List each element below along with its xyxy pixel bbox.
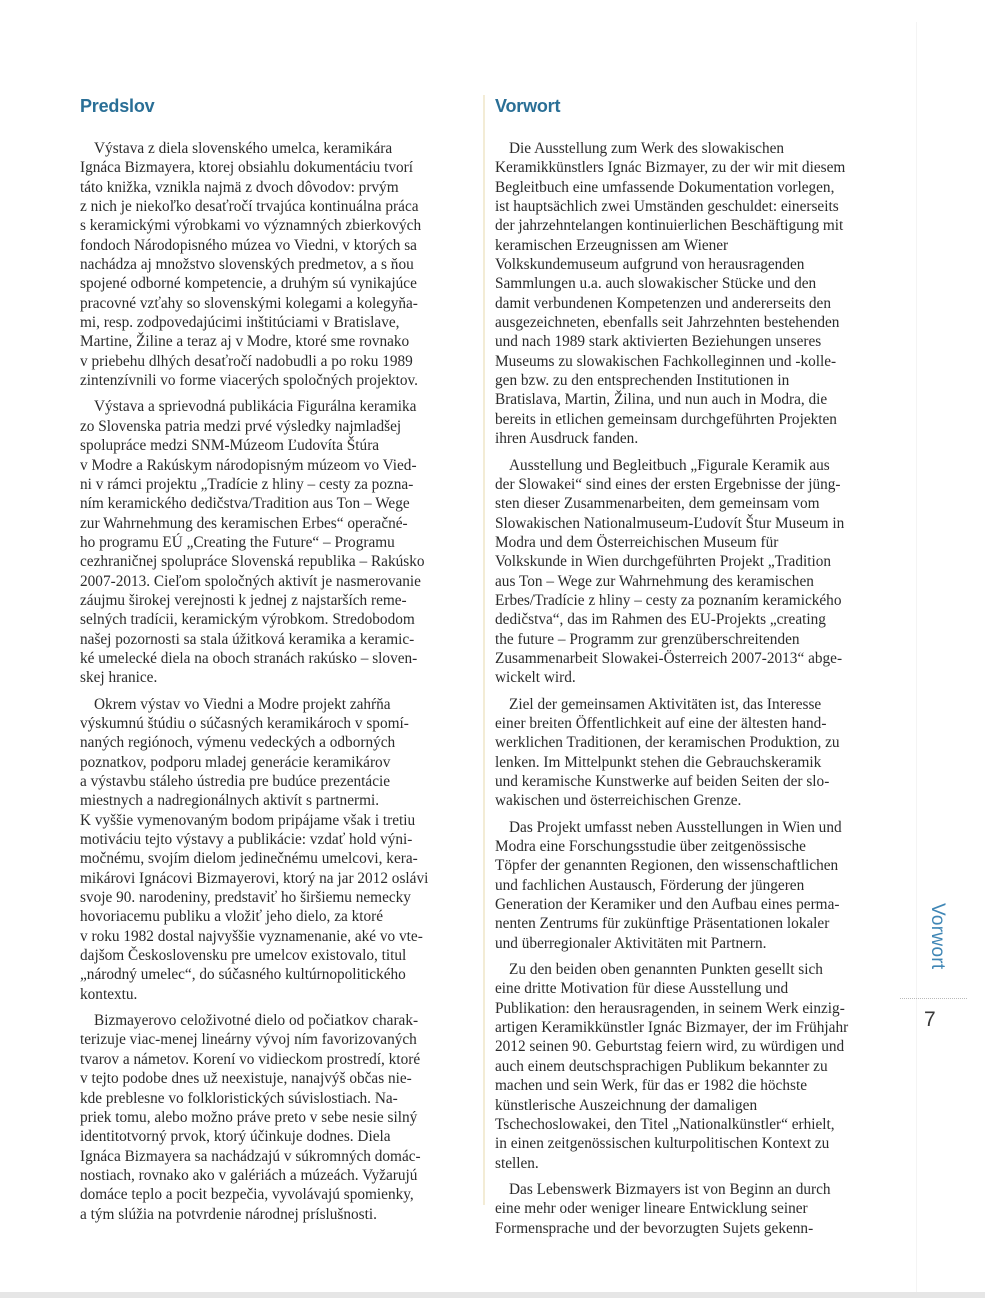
text-line: skej hranice.	[80, 668, 464, 687]
text-line: machen und sein Werk, für das er 1982 di…	[495, 1076, 885, 1095]
text-line: in einen zeitgenössischen kulturpolitisc…	[495, 1134, 885, 1153]
text-line: zintenzívnili vo forme viacerých spoločn…	[80, 371, 464, 390]
text-line: svoje 90. narodeniny, predstaviť ho širš…	[80, 888, 464, 907]
column-german: Vorwort Die Ausstellung zum Werk des slo…	[495, 95, 885, 1238]
paragraph: Das Projekt umfasst neben Ausstellungen …	[495, 818, 885, 953]
text-line: und keramische Kunstwerke auf beiden Sei…	[495, 772, 885, 791]
text-line: Tschechoslowakei, den Titel „Nationalkün…	[495, 1115, 885, 1134]
text-line: der jahrzehntelangen kontinuierlichen Be…	[495, 216, 885, 235]
text-line: Keramikkünstlers Ignác Bizmayer, zu der …	[495, 158, 885, 177]
text-line: zur Wahrnehmung des keramischen Erbes“ o…	[80, 514, 464, 533]
text-line: „národný umelec“, do súčasného kultúrnop…	[80, 965, 464, 984]
text-line: výskumnú štúdiu o súčasných keramikároch…	[80, 714, 464, 733]
text-line: keramischen Erzeugnissen am Wiener	[495, 236, 885, 255]
text-line: Zu den beiden oben genannten Punkten ges…	[495, 960, 885, 979]
text-line: auch einem deutschsprachigen Publikum be…	[495, 1057, 885, 1076]
paragraph: Výstava z diela slovenského umelca, kera…	[80, 139, 464, 390]
text-line: eine mehr oder weniger lineare Entwicklu…	[495, 1199, 885, 1218]
text-line: mikárovi Ignácovi Bizmayerovi, ktorý na …	[80, 869, 464, 888]
paragraph: Okrem výstav vo Viedni a Modre projekt z…	[80, 695, 464, 1005]
text-line: Modra eine Forschungsstudie über zeitgen…	[495, 837, 885, 856]
text-line: fondoch Národopisného múzea vo Viedni, v…	[80, 236, 464, 255]
body-text-slovak: Výstava z diela slovenského umelca, kera…	[80, 139, 464, 1224]
paragraph-gap	[495, 688, 885, 695]
text-line: ním keramického dedičstva/Tradition aus …	[80, 494, 464, 513]
dotted-rule	[900, 998, 967, 999]
scan-edge	[0, 1292, 985, 1298]
text-line: záujmu širokej verejnosti k jednej z naj…	[80, 591, 464, 610]
paragraph: Das Lebenswerk Bizmayers ist von Beginn …	[495, 1180, 885, 1238]
text-line: Martine, Žiline a teraz aj v Modre, ktor…	[80, 332, 464, 351]
paragraph: Ziel der gemeinsamen Aktivitäten ist, da…	[495, 695, 885, 811]
text-line: Výstava z diela slovenského umelca, kera…	[80, 139, 464, 158]
text-line: identitotvorný prvok, ktorý účinkuje dod…	[80, 1127, 464, 1146]
text-line: Slowakischen Nationalmuseum-Ľudovít Štur…	[495, 514, 885, 533]
text-line: Modra und dem Österreichischen Museum fü…	[495, 533, 885, 552]
paragraph: Zu den beiden oben genannten Punkten ges…	[495, 960, 885, 1173]
text-line: v priebehu dlhých desaťročí nadobudli a …	[80, 352, 464, 371]
text-line: Sammlungen u.a. auch slowakischer Stücke…	[495, 274, 885, 293]
text-line: spojené odborné kompetencie, a druhým sú…	[80, 274, 464, 293]
text-line: selných tradícii, keramickým výrobkom. S…	[80, 610, 464, 629]
text-line: ist hauptsächlich zwei Umständen geschul…	[495, 197, 885, 216]
text-line: v Modre a Rakúskym národopisným múzeom v…	[80, 456, 464, 475]
text-line: nostiach, rovnako ako v galériách a múze…	[80, 1166, 464, 1185]
column-slovak: Predslov Výstava z diela slovenského ume…	[80, 95, 464, 1224]
paragraph-gap	[495, 953, 885, 960]
text-line: artigen Keramikkünstler Ignác Bizmayer, …	[495, 1018, 885, 1037]
text-line: s keramickými výrobkami vo významných zb…	[80, 216, 464, 235]
text-line: domáce teplo a pocit bezpečia, vyvolávaj…	[80, 1185, 464, 1204]
margin-rule	[916, 22, 917, 1292]
text-line: poznatkov, podporu mladej generácie kera…	[80, 753, 464, 772]
paragraph-gap	[80, 1004, 464, 1011]
paragraph: Ausstellung und Begleitbuch „Figurale Ke…	[495, 456, 885, 688]
text-line: 2012 seinen 90. Geburtstag feiern wird, …	[495, 1037, 885, 1056]
paragraph-gap	[495, 1173, 885, 1180]
text-line: Ignáca Bizmayera, ktorej obsiahlu dokume…	[80, 158, 464, 177]
text-line: nenten Zentrums für zukünftige Präsentat…	[495, 914, 885, 933]
paragraph-gap	[495, 811, 885, 818]
text-line: lenken. Im Mittelpunkt stehen die Gebrau…	[495, 753, 885, 772]
text-line: damit verbundenen Kompetenzen und andere…	[495, 294, 885, 313]
text-line: Volkskundemuseum aufgrund von herausrage…	[495, 255, 885, 274]
text-line: kde preblesne vo folkloristických súvisl…	[80, 1089, 464, 1108]
text-line: spolupráce medzi SNM-Múzeom Ľudovíta Štú…	[80, 436, 464, 455]
text-line: Das Projekt umfasst neben Ausstellungen …	[495, 818, 885, 837]
text-line: Ziel der gemeinsamen Aktivitäten ist, da…	[495, 695, 885, 714]
text-line: Zusammenarbeit Slowakei-Österreich 2007-…	[495, 649, 885, 668]
page-number: 7	[924, 1008, 936, 1032]
text-line: wakischen und österreichischen Grenze.	[495, 791, 885, 810]
text-line: priek tomu, alebo možno práve preto v se…	[80, 1108, 464, 1127]
text-line: pracovné vzťahy so slovenskými kolegami …	[80, 294, 464, 313]
text-line: ni v rámci projektu „Tradície z hliny – …	[80, 475, 464, 494]
text-line: ho programu EÚ „Creating the Future“ – P…	[80, 533, 464, 552]
text-line: stellen.	[495, 1154, 885, 1173]
paragraph: Die Ausstellung zum Werk des slowakische…	[495, 139, 885, 449]
paragraph: Výstava a sprievodná publikácia Figuráln…	[80, 397, 464, 687]
text-line: hovoriacemu publiku a vložiť jeho dielo,…	[80, 907, 464, 926]
text-line: Výstava a sprievodná publikácia Figuráln…	[80, 397, 464, 416]
text-line: Volkskunde in Wien durchgeführten Projek…	[495, 552, 885, 571]
text-line: Das Lebenswerk Bizmayers ist von Beginn …	[495, 1180, 885, 1199]
paragraph: Bizmayerovo celoživotné dielo od počiatk…	[80, 1011, 464, 1224]
text-line: ihren Ausdruck fanden.	[495, 429, 885, 448]
text-line: motiváciu tejto výstavy a publikácie: vz…	[80, 830, 464, 849]
text-line: a tým slúžia na potvrdenie národnej prís…	[80, 1205, 464, 1224]
text-line: gen bzw. zu den entsprechenden Instituti…	[495, 371, 885, 390]
text-line: und nach 1989 stark aktivierten Beziehun…	[495, 332, 885, 351]
text-line: einer breiten Öffentlichkeit auf eine de…	[495, 714, 885, 733]
text-line: tvarov a námetov. Korení vo vidieckom pr…	[80, 1050, 464, 1069]
text-line: Ignáca Bizmayera sa nachádzajú v súkromn…	[80, 1147, 464, 1166]
body-text-german: Die Ausstellung zum Werk des slowakische…	[495, 139, 885, 1238]
paragraph-gap	[495, 449, 885, 456]
text-line: v roku 1982 dostal najvyššie vyznamenani…	[80, 927, 464, 946]
text-line: a výstavbu stáleho ústredia pre budúce p…	[80, 772, 464, 791]
text-line: Generation der Keramiker und den Aufbau …	[495, 895, 885, 914]
text-line: und fachlichen Austausch, Förderung der …	[495, 876, 885, 895]
text-line: táto knižka, vznikla najmä z dvoch dôvod…	[80, 178, 464, 197]
text-line: Begleitbuch eine umfassende Dokumentatio…	[495, 178, 885, 197]
text-line: Ausstellung und Begleitbuch „Figurale Ke…	[495, 456, 885, 475]
text-line: zo Slovenska patria medzi prvé výsledky …	[80, 417, 464, 436]
text-line: kontextu.	[80, 985, 464, 1004]
text-line: künstlerische Auszeichnung der damaligen	[495, 1096, 885, 1115]
text-line: z nich je niekoľko desaťročí trvajúca ko…	[80, 197, 464, 216]
column-divider	[483, 95, 485, 1205]
text-line: ausgezeichneten, ebenfalls seit Jahrzehn…	[495, 313, 885, 332]
text-line: sten dieser Zusammenarbeiten, dem gemein…	[495, 494, 885, 513]
text-line: miestnych a nadregionálnych aktivít s pa…	[80, 791, 464, 810]
text-line: aus Ton – Wege zur Wahrnehmung des keram…	[495, 572, 885, 591]
text-line: Die Ausstellung zum Werk des slowakische…	[495, 139, 885, 158]
text-line: 2007-2013. Cieľom spoločných aktivít je …	[80, 572, 464, 591]
text-line: dajšom Československu pre umelcov existo…	[80, 946, 464, 965]
text-line: bereits in etlichen gemeinsam durchgefüh…	[495, 410, 885, 429]
text-line: der Slowakei“ sind eines der ersten Erge…	[495, 475, 885, 494]
text-line: eine dritte Motivation für diese Ausstel…	[495, 979, 885, 998]
text-line: werklichen Traditionen, der keramischen …	[495, 733, 885, 752]
text-line: Publikation: den herausragenden, in sein…	[495, 999, 885, 1018]
text-line: Museums zu slowakischen Fachkolleginnen …	[495, 352, 885, 371]
book-page: Predslov Výstava z diela slovenského ume…	[0, 0, 1000, 1298]
text-line: Töpfer der genannten Regionen, den wisse…	[495, 856, 885, 875]
text-line: Formensprache und der bevorzugten Sujets…	[495, 1219, 885, 1238]
heading-predslov: Predslov	[80, 95, 464, 117]
text-line: und überregionaler Aktivitäten mit Partn…	[495, 934, 885, 953]
text-line: Bizmayerovo celoživotné dielo od počiatk…	[80, 1011, 464, 1030]
text-line: nachádza aj množstvo slovenských predmet…	[80, 255, 464, 274]
text-line: wickelt wird.	[495, 668, 885, 687]
heading-vorwort: Vorwort	[495, 95, 885, 117]
text-line: naných regiónoch, výmenu vedeckých a odb…	[80, 733, 464, 752]
running-section-label: Vorwort	[922, 903, 948, 993]
text-line: terizuje viac-menej lineárny vývoj ním f…	[80, 1030, 464, 1049]
text-line: Okrem výstav vo Viedni a Modre projekt z…	[80, 695, 464, 714]
text-line: Erbes/Tradície z hliny – cesty za poznan…	[495, 591, 885, 610]
text-line: našej pozornosti sa stala úžitková keram…	[80, 630, 464, 649]
text-line: Bratislava, Martin, Žilina, und nun auch…	[495, 390, 885, 409]
paragraph-gap	[80, 688, 464, 695]
paragraph-gap	[80, 390, 464, 397]
text-line: dedičstva“, das im Rahmen des EU-Projekt…	[495, 610, 885, 629]
text-line: ké umelecké diela na oboch stranách rakú…	[80, 649, 464, 668]
text-line: v tejto podobe dnes už neexistuje, nanaj…	[80, 1069, 464, 1088]
text-line: the future – Programm zur grenzüberschre…	[495, 630, 885, 649]
text-line: mi, resp. zodpovedajúcimi inštitúciami v…	[80, 313, 464, 332]
text-line: K vyššie vymenovaným bodom pripájame vša…	[80, 811, 464, 830]
text-line: cezhraničnej spolupráce Slovenská republ…	[80, 552, 464, 571]
text-line: močnému, svojím dielom jedinečnému umelc…	[80, 849, 464, 868]
